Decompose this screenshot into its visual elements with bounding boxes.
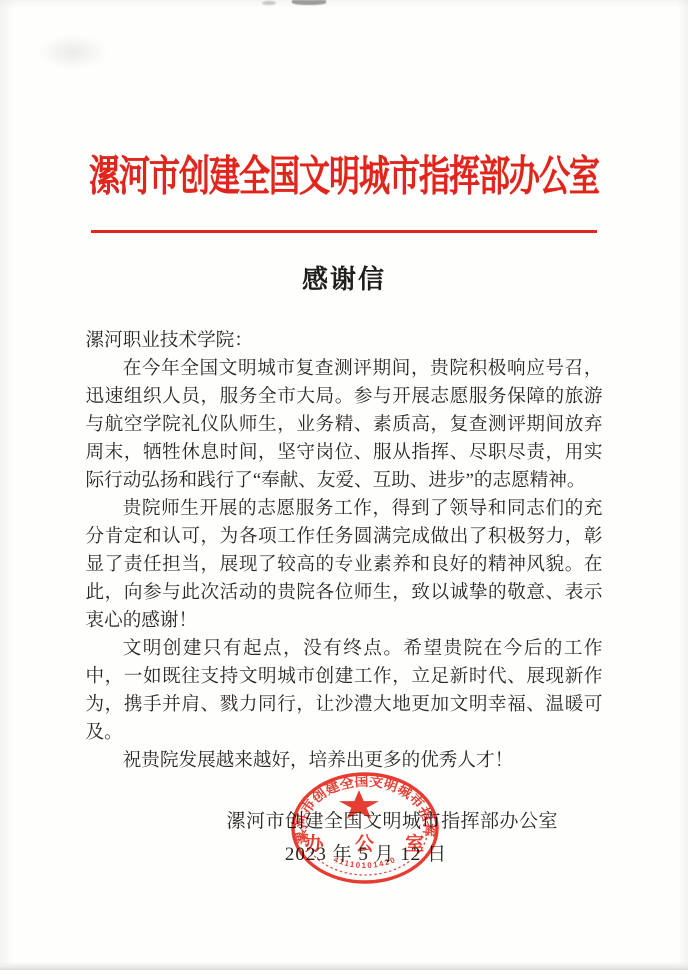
seal-star-icon <box>339 790 379 819</box>
seal-center-text: 办 公 室 <box>305 832 438 855</box>
letterhead-rule <box>91 230 597 233</box>
scan-artifact-bottom-band <box>0 962 688 970</box>
scan-artifact-smudge <box>38 34 108 70</box>
scan-artifact-mark <box>292 0 326 5</box>
salutation: 漯河职业技术学院： <box>86 327 603 355</box>
official-seal: 漯河市创建全国文明城市指挥部 办 公 室 41110101420 <box>288 770 442 886</box>
scan-artifact-mark <box>262 1 276 5</box>
paragraph: 贵院师生开展的志愿服务工作，得到了领导和同志们的充分肯定和认可，为各项工作任务圆… <box>86 495 603 635</box>
letter-body: 漯河职业技术学院： 在今年全国文明城市复查测评期间，贵院积极响应号召，迅速组织人… <box>86 327 603 775</box>
letter-title: 感谢信 <box>0 259 688 296</box>
seal-code: 41110101420 <box>332 855 398 870</box>
paragraph: 在今年全国文明城市复查测评期间，贵院积极响应号召，迅速组织人员，服务全市大局。参… <box>86 355 603 495</box>
letter-page: 漯河市创建全国文明城市指挥部办公室 感谢信 漯河职业技术学院： 在今年全国文明城… <box>0 0 688 970</box>
paragraph: 文明创建只有起点，没有终点。希望贵院在今后的工作中，一如既往支持文明城市创建工作… <box>86 635 603 747</box>
letterhead-title: 漯河市创建全国文明城市指挥部办公室 <box>89 142 599 203</box>
